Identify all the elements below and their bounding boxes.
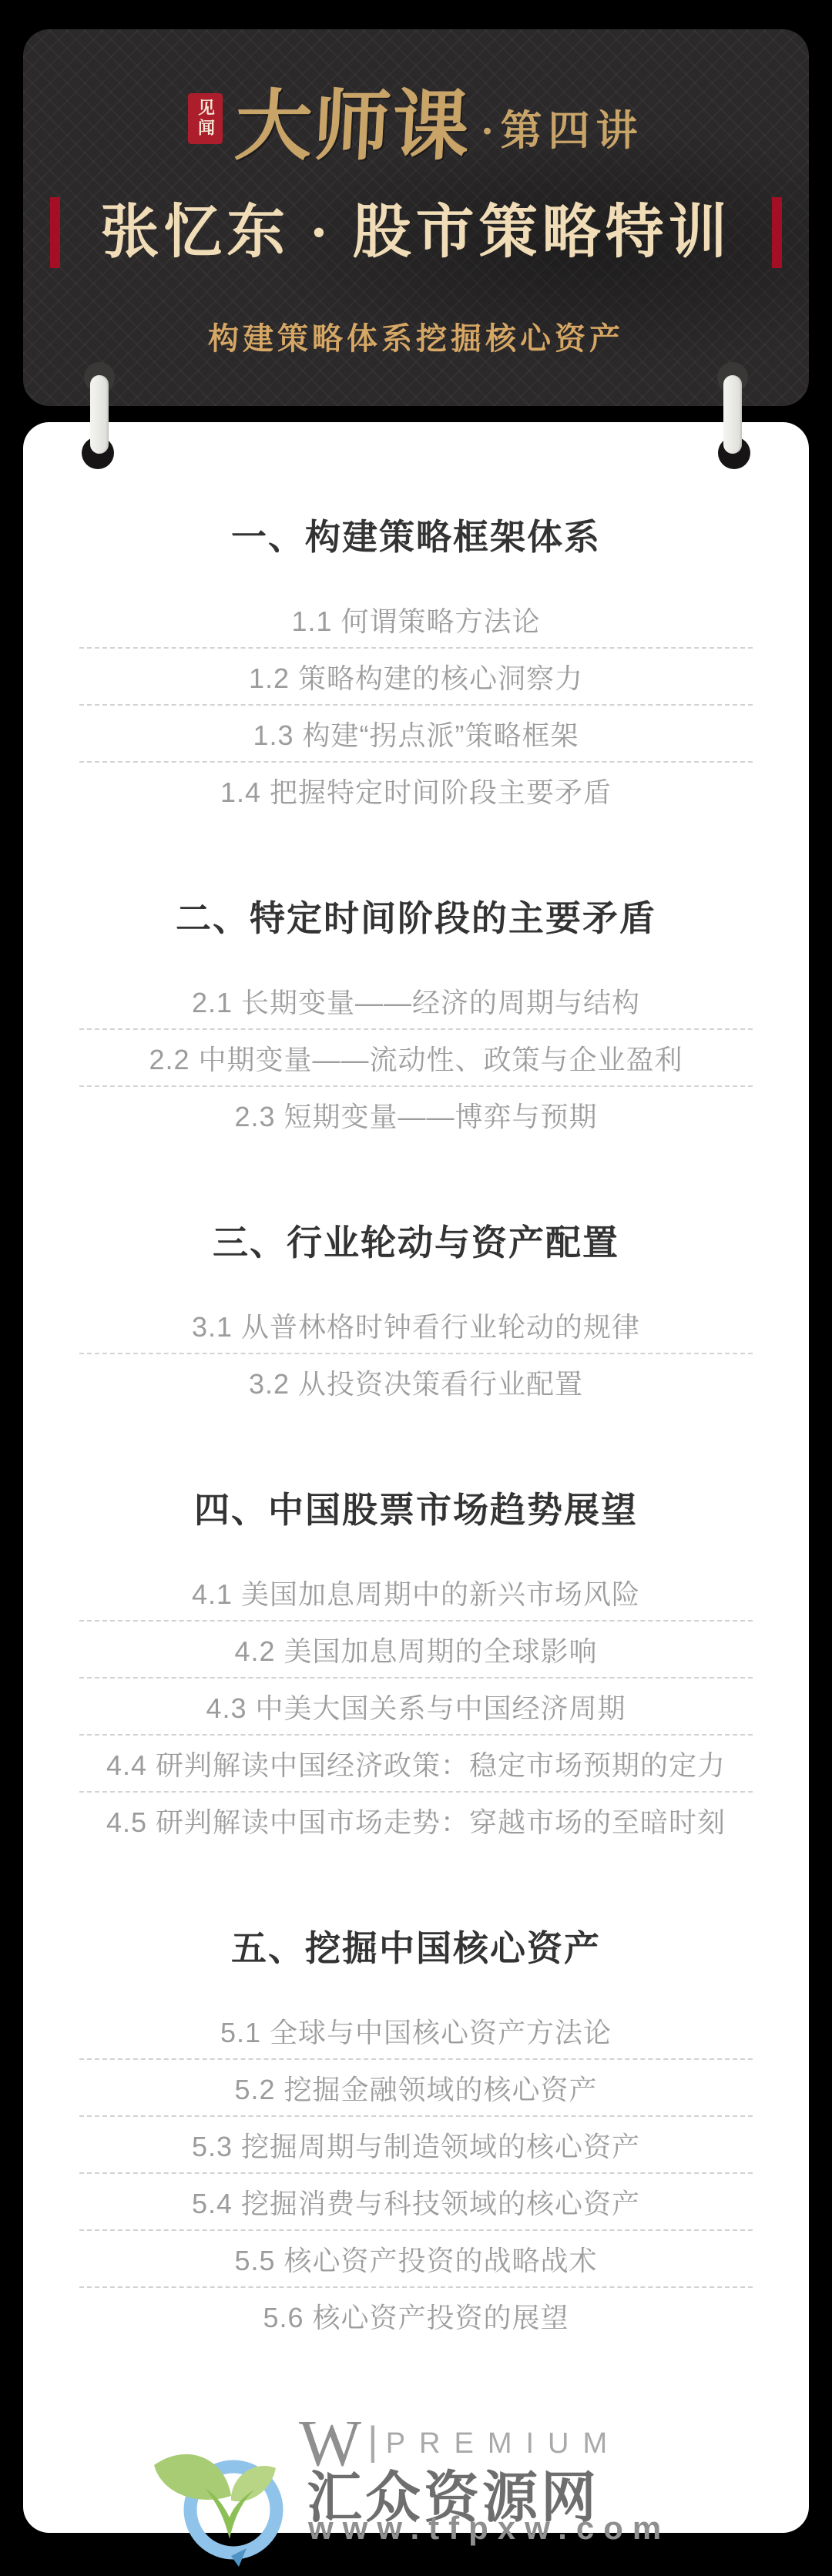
section-heading: 二、特定时间阶段的主要矛盾 <box>23 895 809 941</box>
dashike-brand-logo: 大师课 <box>233 87 473 167</box>
course-outline: 一、构建策略框架体系1.1 何谓策略方法论1.2 策略构建的核心洞察力1.3 构… <box>23 514 809 2343</box>
outline-item: 4.3 中美大国关系与中国经济周期 <box>79 1677 753 1734</box>
section-item-list: 3.1 从普林格时钟看行业轮动的规律3.2 从投资决策看行业配置 <box>79 1297 753 1410</box>
section-item-list: 5.1 全球与中国核心资产方法论5.2 挖掘金融领域的核心资产5.3 挖掘周期与… <box>79 2003 753 2343</box>
outline-item: 2.2 中期变量——流动性、政策与企业盈利 <box>79 1028 753 1085</box>
outline-item: 1.1 何谓策略方法论 <box>79 592 753 647</box>
outline-section-3: 三、行业轮动与资产配置3.1 从普林格时钟看行业轮动的规律3.2 从投资决策看行… <box>23 1219 809 1410</box>
outline-section-5: 五、挖掘中国核心资产5.1 全球与中国核心资产方法论5.2 挖掘金融领域的核心资… <box>23 1925 809 2343</box>
course-subtitle: 构建策略体系挖掘核心资产 <box>23 314 809 358</box>
outline-item: 1.4 把握特定时间阶段主要矛盾 <box>79 761 753 818</box>
outline-card: 一、构建策略框架体系1.1 何谓策略方法论1.2 策略构建的核心洞察力1.3 构… <box>23 422 809 2533</box>
section-item-list: 2.1 长期变量——经济的周期与结构2.2 中期变量——流动性、政策与企业盈利2… <box>79 973 753 1142</box>
binder-ring-right <box>723 375 742 454</box>
section-heading: 五、挖掘中国核心资产 <box>23 1925 809 1971</box>
outline-item: 4.5 研判解读中国市场走势：穿越市场的至暗时刻 <box>79 1791 753 1848</box>
header-card: 见闻 大师课 ·第四讲 张忆东 · 股市策略特训 构建策略体系挖掘核心资产 <box>23 29 809 406</box>
outline-section-2: 二、特定时间阶段的主要矛盾2.1 长期变量——经济的周期与结构2.2 中期变量—… <box>23 895 809 1142</box>
outline-item: 5.2 挖掘金融领域的核心资产 <box>79 2058 753 2115</box>
section-item-list: 1.1 何谓策略方法论1.2 策略构建的核心洞察力1.3 构建“拐点派”策略框架… <box>79 592 753 818</box>
outline-item: 1.3 构建“拐点派”策略框架 <box>79 704 753 761</box>
course-title: 张忆东 · 股市策略特训 <box>23 194 809 271</box>
outline-item: 2.1 长期变量——经济的周期与结构 <box>79 973 753 1028</box>
jianwen-seal-logo: 见闻 <box>188 93 223 144</box>
outline-item: 5.4 挖掘消费与科技领域的核心资产 <box>79 2172 753 2229</box>
outline-section-1: 一、构建策略框架体系1.1 何谓策略方法论1.2 策略构建的核心洞察力1.3 构… <box>23 514 809 818</box>
outline-section-4: 四、中国股票市场趋势展望4.1 美国加息周期中的新兴市场风险4.2 美国加息周期… <box>23 1487 809 1848</box>
outline-item: 4.2 美国加息周期的全球影响 <box>79 1620 753 1677</box>
right-accent-bar <box>772 197 782 268</box>
binder-ring-left <box>90 375 109 454</box>
outline-item: 5.5 核心资产投资的战略战术 <box>79 2229 753 2286</box>
poster-page: 见闻 大师课 ·第四讲 张忆东 · 股市策略特训 构建策略体系挖掘核心资产 一、… <box>0 0 832 2576</box>
outline-item: 4.1 美国加息周期中的新兴市场风险 <box>79 1565 753 1620</box>
left-accent-bar <box>50 197 60 268</box>
outline-item: 2.3 短期变量——博弈与预期 <box>79 1085 753 1142</box>
outline-item: 4.4 研判解读中国经济政策：稳定市场预期的定力 <box>79 1734 753 1791</box>
outline-item: 1.2 策略构建的核心洞察力 <box>79 647 753 704</box>
section-heading: 一、构建策略框架体系 <box>23 514 809 560</box>
section-item-list: 4.1 美国加息周期中的新兴市场风险4.2 美国加息周期的全球影响4.3 中美大… <box>79 1565 753 1848</box>
title-row: 张忆东 · 股市策略特训 <box>23 194 809 271</box>
section-heading: 三、行业轮动与资产配置 <box>23 1219 809 1266</box>
section-heading: 四、中国股票市场趋势展望 <box>23 1487 809 1533</box>
brand-row: 见闻 大师课 ·第四讲 <box>23 87 809 167</box>
outline-item: 3.1 从普林格时钟看行业轮动的规律 <box>79 1297 753 1353</box>
outline-item: 5.6 核心资产投资的展望 <box>79 2286 753 2343</box>
outline-item: 3.2 从投资决策看行业配置 <box>79 1353 753 1410</box>
lecture-number-label: ·第四讲 <box>480 98 643 157</box>
outline-item: 5.3 挖掘周期与制造领域的核心资产 <box>79 2115 753 2172</box>
outline-item: 5.1 全球与中国核心资产方法论 <box>79 2003 753 2058</box>
